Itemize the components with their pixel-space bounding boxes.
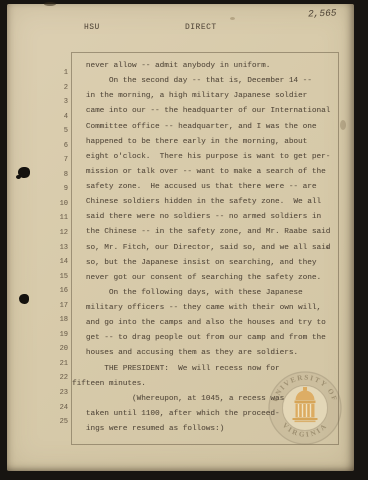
- margin-asterisk: *: [325, 246, 330, 255]
- line-number: 4: [38, 110, 68, 125]
- line-number: 2: [38, 81, 68, 96]
- line-number: 14: [38, 255, 68, 270]
- page-number: 2,565: [308, 8, 337, 20]
- transcript-line: eight o'clock. There his purpose is want…: [72, 150, 352, 165]
- line-number: 21: [38, 357, 68, 372]
- line-number: 3: [38, 95, 68, 110]
- transcript-line: safety zone. He accused us that there we…: [72, 180, 352, 195]
- line-number: 24: [38, 401, 68, 416]
- transcript-line: in the morning, a high military Japanese…: [72, 89, 352, 104]
- witness-name: HSU: [84, 24, 100, 32]
- paper-stain: [44, 2, 56, 6]
- line-number: 1: [38, 66, 68, 81]
- line-number: 25: [38, 415, 68, 430]
- transcript-line: Chinese soldiers hidden in the safety zo…: [72, 195, 352, 210]
- punch-hole: [19, 294, 29, 304]
- transcript-line: Committee office -- headquarter, and I w…: [72, 120, 352, 135]
- transcript-line: so, but the Japanese insist on searching…: [72, 256, 352, 271]
- line-number: 13: [38, 241, 68, 256]
- line-number: 15: [38, 270, 68, 285]
- line-number: 5: [38, 124, 68, 139]
- transcript-line: On the following days, with these Japane…: [72, 286, 352, 301]
- paper-stain: [230, 17, 235, 20]
- transcript-text-block: never allow -- admit anybody in uniform.…: [72, 59, 352, 437]
- transcript-line: get -- to drag people out from our camp …: [72, 331, 352, 346]
- transcript-line: ings were resumed as follows:): [72, 422, 352, 437]
- transcript-line: On the second day -- that is, December 1…: [72, 74, 352, 89]
- transcript-line: so, Mr. Fitch, our Director, said so, an…: [72, 241, 352, 256]
- transcript-line: fifteen minutes.: [72, 377, 352, 392]
- transcript-line: military officers -- they came with thei…: [72, 301, 352, 316]
- punch-hole: [18, 167, 30, 178]
- transcript-line: happened to be there early in the mornin…: [72, 135, 352, 150]
- line-number: 20: [38, 342, 68, 357]
- line-number: 16: [38, 284, 68, 299]
- line-number: 18: [38, 313, 68, 328]
- transcript-line: never got our consent of searching the s…: [72, 271, 352, 286]
- transcript-line: came into our -- the headquarter of our …: [72, 104, 352, 119]
- line-number: 9: [38, 182, 68, 197]
- line-number: 8: [38, 168, 68, 183]
- line-number: 10: [38, 197, 68, 212]
- examination-type: DIRECT: [185, 24, 217, 32]
- transcript-line: and go into the camps and also the house…: [72, 316, 352, 331]
- line-number: 17: [38, 299, 68, 314]
- line-number: 6: [38, 139, 68, 154]
- line-number-column: 1 2 3 4 5 6 7 8 9 10 11 12 13 14 15 16 1…: [38, 66, 68, 430]
- transcript-line: mission or talk over -- want to make a s…: [72, 165, 352, 180]
- transcript-line: houses and accusing them as they are sol…: [72, 346, 352, 361]
- paper-stain: [340, 120, 346, 130]
- scanned-transcript-page: HSU DIRECT 2,565 UNIVERSITY OF VIRG: [0, 0, 368, 480]
- line-number: 11: [38, 211, 68, 226]
- line-number: 7: [38, 153, 68, 168]
- transcript-line: the Chinese -- in the safety zone, and M…: [72, 225, 352, 240]
- line-number: 12: [38, 226, 68, 241]
- transcript-line: never allow -- admit anybody in uniform.: [72, 59, 352, 74]
- line-number: 19: [38, 328, 68, 343]
- transcript-line: said there were no soldiers -- no armed …: [72, 210, 352, 225]
- transcript-line: (Whereupon, at 1045, a recess was: [72, 392, 352, 407]
- line-number: 22: [38, 371, 68, 386]
- transcript-line: THE PRESIDENT: We will recess now for: [72, 362, 352, 377]
- line-number: 23: [38, 386, 68, 401]
- transcript-line: taken until 1100, after which the procee…: [72, 407, 352, 422]
